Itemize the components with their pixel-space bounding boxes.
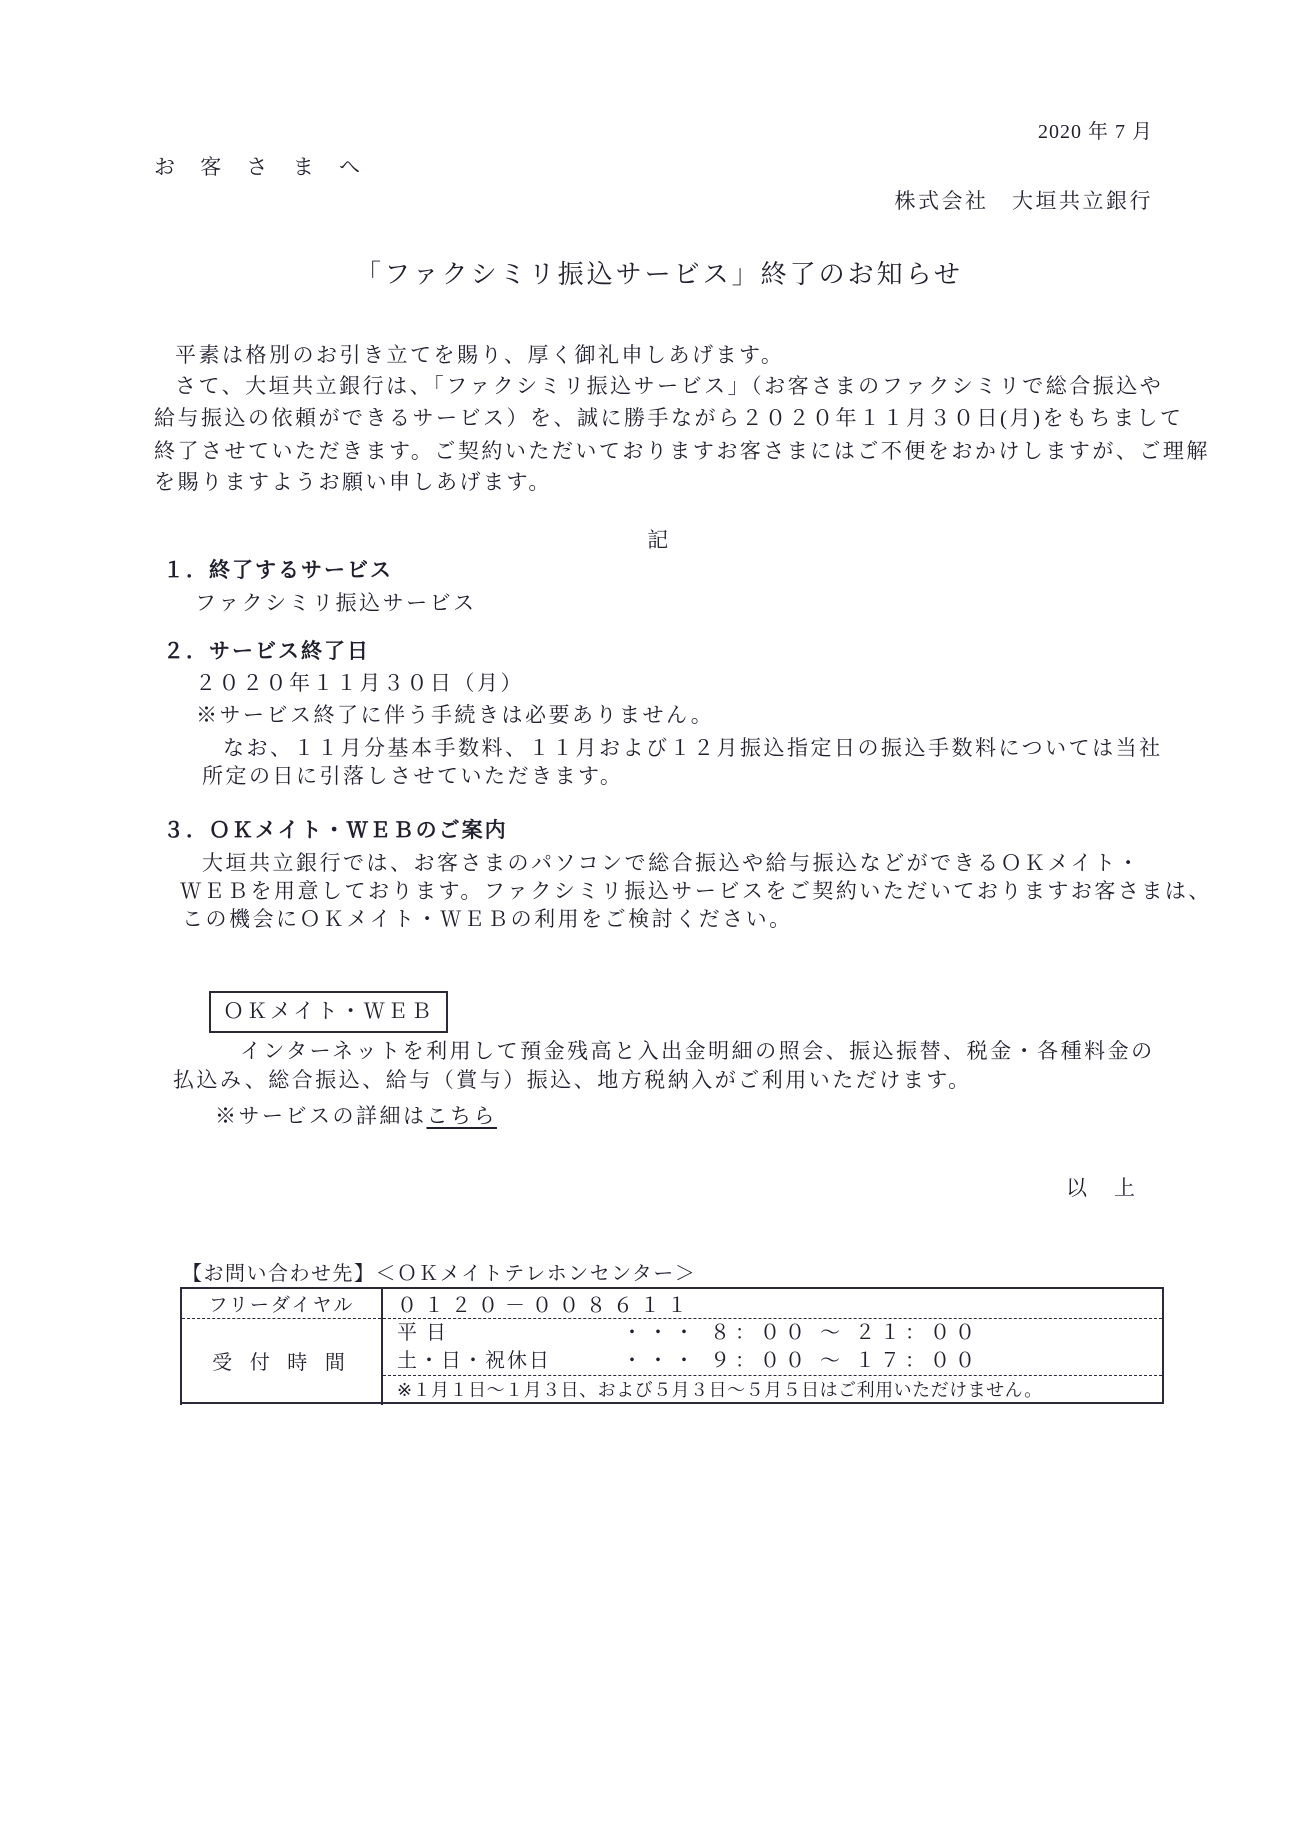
contact-table: フリーダイヤル ０１２０－００８６１１ 受 付 時 間 平 日・・・８：００ ～… — [180, 1287, 1164, 1404]
hours-label: 受 付 時 間 — [212, 1352, 351, 1374]
section2-end-date: ２０２０年１１月３０日（月） — [195, 673, 524, 694]
intro-paragraph-line-2: 給与振込の依頼ができるサービス）を、誠に勝手ながら２０２０年１１月３０日(月)を… — [154, 408, 1183, 429]
section3-line-1: 大垣共立銀行では、お客さまのパソコンで総合振込や給与振込などができるＯＫメイト・ — [202, 853, 1141, 874]
service-detail-line: ※サービスの詳細はこちら — [215, 1106, 497, 1127]
contact-heading: 【お問い合わせ先】＜ＯＫメイトテレホンセンター＞ — [182, 1264, 696, 1284]
document-date: 2020 年 7 月 — [1038, 122, 1153, 142]
hours-note: ※１月１日～１月３日、および５月３日～５月５日はご利用いただけません。 — [382, 1376, 1163, 1404]
section3-line-3: この機会にＯＫメイト・ＷＥＢの利用をご検討ください。 — [182, 909, 793, 930]
hours-weekday-time: ８：００ ～ ２１：００ — [710, 1322, 980, 1344]
company-name: 株式会社 大垣共立銀行 — [895, 191, 1154, 212]
section3-line-2: ＷＥＢを用意しております。ファクシミリ振込サービスをご契約いただいておりますお客… — [180, 881, 1212, 902]
table-border-stub-divider — [381, 1396, 383, 1405]
hours-weekday-name: 平 日 — [397, 1319, 622, 1347]
hours-weekend-dots: ・・・ — [622, 1347, 710, 1375]
table-row-freedial: フリーダイヤル ０１２０－００８６１１ — [181, 1288, 1163, 1319]
hours-weekend-time: ９：００ ～ １７：００ — [710, 1350, 980, 1372]
freedial-label: フリーダイヤル — [181, 1288, 382, 1319]
document-title: 「ファクシミリ振込サービス」終了のお知らせ — [154, 262, 1164, 288]
okmate-web-box-label: ＯＫメイト・ＷＥＢ — [223, 999, 434, 1023]
freedial-number: ０１２０－００８６１１ — [383, 1289, 1162, 1318]
greeting-paragraph: 平素は格別のお引き立てを賜り、厚く御礼申しあげます。 — [175, 345, 784, 366]
hours-weekday: 平 日・・・８：００ ～ ２１：００ — [383, 1319, 1162, 1347]
section2-fee-line-2: 所定の日に引落しさせていただきます。 — [202, 766, 623, 787]
service-detail-link[interactable]: こちら — [427, 1104, 498, 1128]
hours-weekend: 土・日・祝休日・・・９：００ ～ １７：００ — [383, 1347, 1162, 1375]
closing-marker: 以 上 — [1066, 1178, 1138, 1199]
recipient-line: お 客 さ ま へ — [154, 157, 370, 178]
section1-heading: １．終了するサービス — [163, 560, 393, 581]
document-page: 2020 年 7 月 お 客 さ ま へ 株式会社 大垣共立銀行 「ファクシミリ… — [0, 0, 1296, 1843]
section2-note: ※サービス終了に伴う手続きは必要ありません。 — [196, 705, 714, 726]
section1-body: ファクシミリ振込サービス — [195, 593, 477, 614]
intro-paragraph-line-4: を賜りますようお願い申しあげます。 — [154, 472, 552, 493]
ki-marker: 記 — [154, 530, 1164, 551]
service-detail-prefix: ※サービスの詳細は — [215, 1104, 427, 1128]
hours-weekday-dots: ・・・ — [622, 1319, 710, 1347]
table-border-stub-left — [180, 1396, 182, 1405]
section2-fee-line-1: なお、１１月分基本手数料、１１月および１２月振込指定日の振込手数料については当社 — [223, 738, 1163, 759]
okmate-web-box: ＯＫメイト・ＷＥＢ — [209, 991, 448, 1033]
section3-heading: ３．ＯＫメイト・ＷＥＢのご案内 — [163, 820, 508, 841]
okmate-description-line-1: インターネットを利用して預金残高と入出金明細の照会、振込振替、税金・各種料金の — [240, 1041, 1155, 1062]
intro-paragraph-line-3: 終了させていただきます。ご契約いただいておりますお客さまにはご不便をおかけします… — [154, 441, 1210, 462]
hours-weekend-name: 土・日・祝休日 — [397, 1347, 622, 1375]
intro-paragraph-line-1: さて、大垣共立銀行は、「ファクシミリ振込サービス」（お客さまのファクシミリで総合… — [175, 376, 1163, 397]
okmate-description-line-2: 払込み、総合振込、給与（賞与）振込、地方税納入がご利用いただけます。 — [173, 1070, 972, 1091]
table-row-hours: 受 付 時 間 平 日・・・８：００ ～ ２１：００ 土・日・祝休日・・・９：０… — [181, 1319, 1163, 1376]
section2-heading: ２．サービス終了日 — [163, 641, 370, 662]
